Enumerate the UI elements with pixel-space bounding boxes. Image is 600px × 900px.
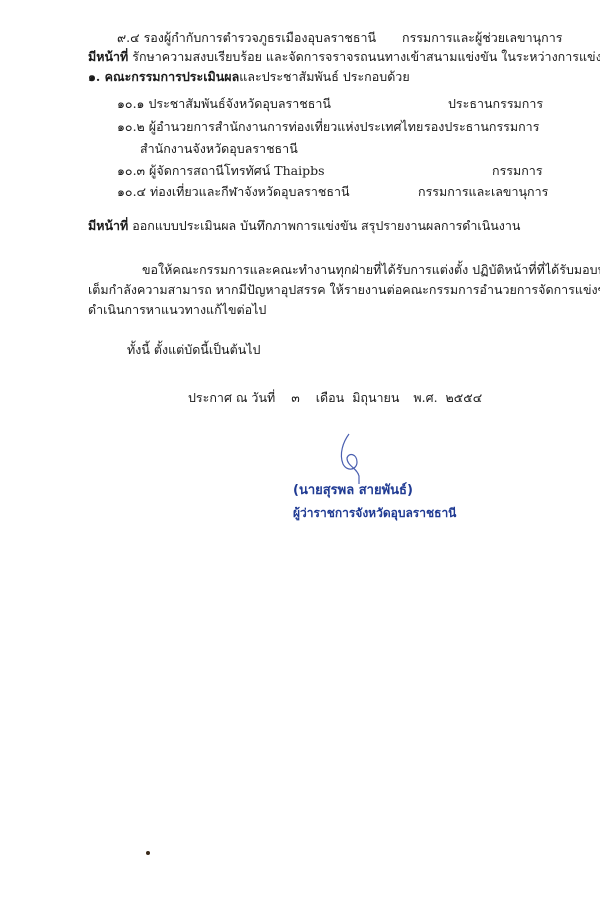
section-heading-bold: ๑. คณะกรรมการประเมินผล xyxy=(88,69,239,84)
closing-line-2: เต็มกำลังความสามารถ หากมีปัญหาอุปสรรค ให… xyxy=(88,282,600,298)
handwritten-signature xyxy=(335,430,375,485)
member-10-3-role: กรรมการ xyxy=(492,163,543,179)
date-prefix: ประกาศ ณ วันที่ xyxy=(188,390,275,405)
item-9-4-role: กรรมการและผู้ช่วยเลขานุการ xyxy=(402,30,562,46)
signatory-title: ผู้ว่าราชการจังหวัดอุบลราชธานี xyxy=(293,505,456,521)
item-9-4-label: ๙.๔ รองผู้กำกับการตำรวจภูธรเมืองอุบลราชธ… xyxy=(117,30,376,46)
duty-prefix: มีหน้าที่ xyxy=(88,218,128,233)
scan-speck xyxy=(146,851,150,855)
signatory-name: (นายสุรพล สายพันธ์) xyxy=(293,483,413,499)
member-10-1-role: ประธานกรรมการ xyxy=(448,96,543,112)
member-10-2-label-cont: สำนักงานจังหวัดอุบลราชธานี xyxy=(140,141,298,157)
member-10-4-label: ๑๐.๔ ท่องเที่ยวและกีฬาจังหวัดอุบลราชธานี xyxy=(117,184,350,200)
section-heading-rest: และประชาสัมพันธ์ ประกอบด้วย xyxy=(239,69,409,84)
closing-line-1: ขอให้คณะกรรมการและคณะทำงานทุกฝ่ายที่ได้ร… xyxy=(142,262,600,278)
date-year: ๒๕๕๔ xyxy=(446,390,483,405)
duty-statement-1: มีหน้าที่ รักษาความสงบเรียบร้อย และจัดกา… xyxy=(88,49,600,65)
date-line: ประกาศ ณ วันที่ ๓ เดือน มิถุนายน พ.ศ. ๒๕… xyxy=(188,390,482,406)
date-day: ๓ xyxy=(291,390,300,405)
duty-prefix: มีหน้าที่ xyxy=(88,49,128,64)
closing-line-3: ดำเนินการหาแนวทางแก้ไขต่อไป xyxy=(88,302,266,318)
date-month-label: เดือน xyxy=(316,390,344,405)
duty-text: ออกแบบประเมินผล บันทึกภาพการแข่งขัน สรุป… xyxy=(128,218,520,233)
member-10-2-label: ๑๐.๒ ผู้อำนวยการสำนักงานการท่องเที่ยวแห่… xyxy=(117,119,423,135)
duty-statement-2: มีหน้าที่ ออกแบบประเมินผล บันทึกภาพการแข… xyxy=(88,218,520,234)
effective-statement: ทั้งนี้ ตั้งแต่บัดนี้เป็นต้นไป xyxy=(127,342,261,358)
duty-text: รักษาความสงบเรียบร้อย และจัดการจราจรถนนท… xyxy=(128,49,600,64)
member-10-3-label: ๑๐.๓ ผู้จัดการสถานีโทรทัศน์ Thaipbs xyxy=(117,163,325,179)
section-10-heading: ๑. คณะกรรมการประเมินผลและประชาสัมพันธ์ ป… xyxy=(88,69,410,85)
member-10-2-role: รองประธานกรรมการ xyxy=(424,119,539,135)
date-month: มิถุนายน xyxy=(352,390,399,405)
date-year-label: พ.ศ. xyxy=(413,390,437,405)
member-10-1-label: ๑๐.๑ ประชาสัมพันธ์จังหวัดอุบลราชธานี xyxy=(117,96,331,112)
member-10-4-role: กรรมการและเลขานุการ xyxy=(418,184,548,200)
